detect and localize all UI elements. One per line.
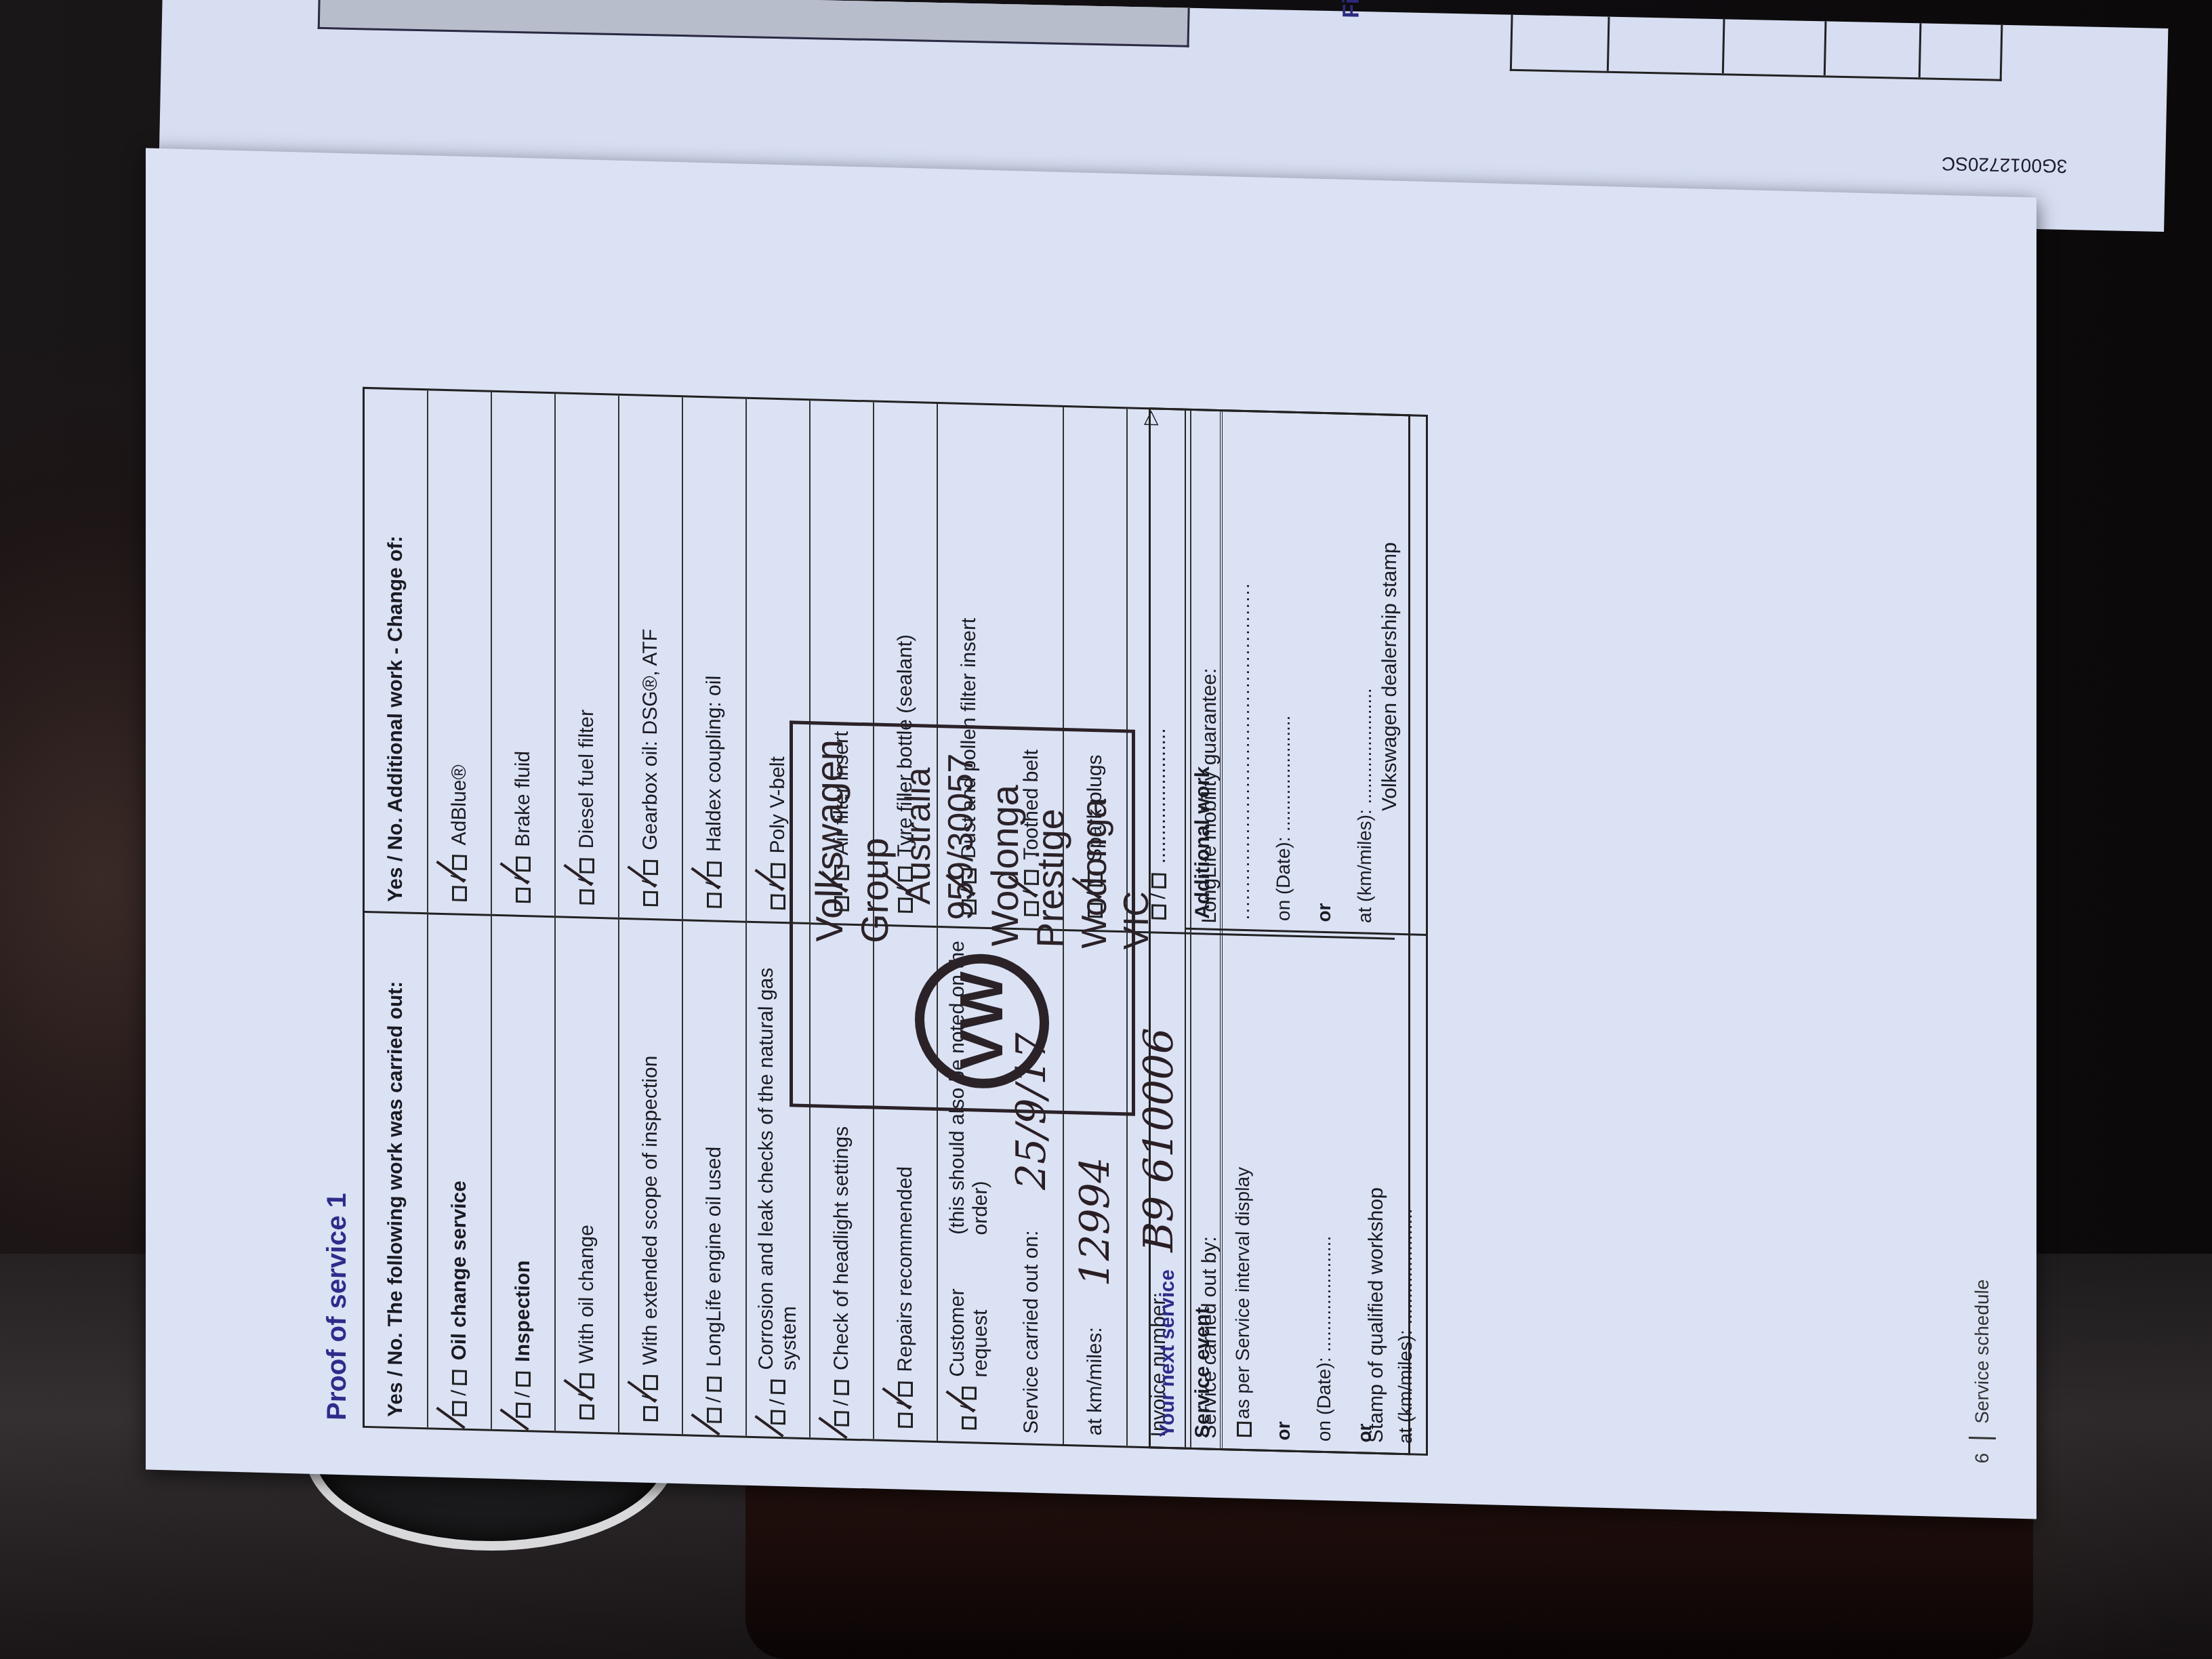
yes-checkbox[interactable] xyxy=(771,1410,785,1425)
stamp-line: Volkswagen Group xyxy=(806,724,897,944)
no-checkbox[interactable] xyxy=(771,1380,785,1394)
yes-checkbox[interactable] xyxy=(707,1408,722,1423)
yes-checkbox[interactable] xyxy=(643,891,658,907)
table-row: /LongLife engine oil used/Haldex couplin… xyxy=(683,397,747,1435)
yes-checkbox[interactable] xyxy=(643,1406,658,1422)
upper-figure-box xyxy=(318,0,1190,47)
yes-checkbox[interactable] xyxy=(516,888,531,903)
work-item: /LongLife engine oil used xyxy=(683,919,745,1435)
no-checkbox[interactable] xyxy=(579,1373,594,1389)
stamp-line: Australia xyxy=(897,766,939,905)
no-checkbox[interactable] xyxy=(707,1376,722,1392)
km-label: at km/miles: xyxy=(1084,1327,1107,1436)
no-checkbox[interactable] xyxy=(898,1381,913,1397)
page-footer: 6 Service schedule xyxy=(1969,1279,1996,1464)
yes-checkbox[interactable] xyxy=(834,1411,849,1427)
next-date-field[interactable]: on (Date): ...................... xyxy=(1304,933,1345,1452)
no-checkbox[interactable] xyxy=(834,1380,849,1395)
or-label: or xyxy=(1345,934,1385,1452)
additional-item: /Diesel fuel filter xyxy=(569,394,605,917)
upper-table-cell xyxy=(1722,19,1725,73)
no-checkbox[interactable] xyxy=(579,858,594,874)
upper-table-cell xyxy=(1919,23,1922,77)
additional-work-field[interactable]: ........................................… xyxy=(1223,411,1263,930)
yes-checkbox[interactable] xyxy=(452,886,467,901)
yes-checkbox[interactable] xyxy=(771,895,785,910)
slash-separator: / xyxy=(512,1391,535,1397)
next-service-title: Your next service xyxy=(1151,409,1186,1447)
additional-item-label: Gearbox oil: DSG®, ATF xyxy=(639,629,662,851)
stamp-text: Volkswagen Group Australia 959/30057 Wod… xyxy=(806,724,1158,951)
no-checkbox[interactable] xyxy=(962,1387,977,1400)
additional-item: /Gearbox oil: DSG®, ATF xyxy=(632,396,669,918)
work-item: /Oil change service xyxy=(428,912,491,1429)
yes-checkbox[interactable] xyxy=(962,1416,977,1430)
additional-item: /Brake fluid xyxy=(505,392,541,915)
page-content: Proof of service 1 Yes / No. The followi… xyxy=(146,148,2036,1519)
service-event-header: Service event xyxy=(1186,930,1223,1448)
work-item-label: Inspection xyxy=(512,1260,535,1362)
additional-item-label: Brake fluid xyxy=(512,751,535,848)
km-value[interactable]: 12994 xyxy=(1071,1156,1119,1287)
dealer-stamp: VW Volkswagen Group Australia 959/30057 … xyxy=(790,720,1135,1115)
additional-item-label: Diesel fuel filter xyxy=(575,710,598,849)
slash-separator: / xyxy=(703,1397,726,1403)
yes-checkbox[interactable] xyxy=(898,1413,913,1429)
no-checkbox[interactable] xyxy=(643,859,658,875)
work-item-label: LongLife engine oil used xyxy=(703,1146,726,1367)
table-row: /Inspection/Brake fluid xyxy=(492,392,556,1431)
yes-checkbox[interactable] xyxy=(579,1404,594,1420)
additional-item-label: Poly V-belt xyxy=(766,756,790,854)
stamp-line: Wodonga Prestige xyxy=(982,729,1073,949)
additional-work-header: Additional work xyxy=(1186,411,1223,929)
work-item: /With extended scope of inspection xyxy=(619,918,682,1434)
additional-item: /Haldex coupling: oil xyxy=(696,398,733,920)
table-row: /With oil change/Diesel fuel filter xyxy=(556,394,619,1432)
booklet-code: 3G0012720SC xyxy=(1942,152,2068,177)
work-item-label: Customer request xyxy=(946,1241,992,1378)
interval-display-option[interactable]: as per Service interval display xyxy=(1223,931,1263,1450)
or-label: or xyxy=(1304,413,1345,932)
additional-date-field[interactable]: on (Date): ...................... xyxy=(1263,413,1304,931)
no-checkbox[interactable] xyxy=(516,856,531,872)
left-column-header: Yes / No. The following work was carried… xyxy=(365,911,427,1427)
no-checkbox[interactable] xyxy=(707,861,722,877)
yes-checkbox[interactable] xyxy=(579,889,594,905)
right-column-header: Yes / No. Additional work - Change of: xyxy=(377,389,414,912)
work-item: /With oil change xyxy=(556,916,618,1432)
additional-item: /AdBlue® xyxy=(441,391,478,914)
table-row: /Oil change service/AdBlue® xyxy=(428,390,492,1429)
next-km-field[interactable]: at (km/miles): ...................... xyxy=(1385,935,1426,1454)
checkbox[interactable] xyxy=(1237,1422,1252,1437)
slash-separator: / xyxy=(766,1399,790,1405)
additional-km-field[interactable]: at (km/miles): ...................... xyxy=(1345,415,1385,933)
service-date-label: Service carried out on: xyxy=(1020,1230,1043,1434)
upper-table-cell xyxy=(1824,21,1827,75)
stamp-line: Wodonga VIC xyxy=(1073,731,1158,950)
or-label: or xyxy=(1263,932,1304,1450)
work-item: /Inspection xyxy=(492,914,554,1431)
table-row: /With extended scope of inspection/Gearb… xyxy=(619,396,683,1434)
yes-checkbox[interactable] xyxy=(452,1401,467,1416)
next-service-box: Your next service Service event as per S… xyxy=(1149,407,1428,1456)
table-header-row: Yes / No. The following work was carried… xyxy=(365,389,428,1427)
vw-logo-icon: VW xyxy=(915,952,1049,1090)
slash-separator: / xyxy=(448,1390,471,1396)
work-item-label: Oil change service xyxy=(448,1181,471,1361)
work-item-label: With oil change xyxy=(575,1225,598,1364)
work-item-label: Check of headlight settings xyxy=(830,1126,853,1370)
footer-divider xyxy=(1969,1437,1996,1439)
section-name: Service schedule xyxy=(1971,1279,1993,1424)
page-title: Proof of service 1 xyxy=(322,1193,352,1421)
service-event-column: Service event as per Service interval di… xyxy=(1186,928,1426,1454)
no-checkbox[interactable] xyxy=(452,855,467,870)
work-item-label: Repairs recommended xyxy=(894,1166,917,1372)
upper-table xyxy=(1510,15,2003,81)
work-item-label: With extended scope of inspection xyxy=(639,1055,662,1366)
page-number: 6 xyxy=(1971,1452,1993,1463)
upper-table-cell xyxy=(1607,17,1610,71)
fig-label: Fig. xyxy=(1338,0,1365,18)
service-booklet-page: Proof of service 1 Yes / No. The followi… xyxy=(146,148,2036,1519)
no-checkbox[interactable] xyxy=(516,1371,531,1387)
additional-item-label: AdBlue® xyxy=(448,764,471,846)
stamp-line: 959/30057 xyxy=(940,753,982,920)
yes-checkbox[interactable] xyxy=(516,1403,531,1418)
additional-work-column: Additional work ........................… xyxy=(1186,411,1426,935)
no-checkbox[interactable] xyxy=(771,863,785,878)
additional-item-label: Haldex coupling: oil xyxy=(703,675,726,852)
yes-checkbox[interactable] xyxy=(707,893,722,908)
no-checkbox[interactable] xyxy=(643,1374,658,1390)
slash-separator: / xyxy=(830,1400,853,1406)
no-checkbox[interactable] xyxy=(452,1370,467,1385)
